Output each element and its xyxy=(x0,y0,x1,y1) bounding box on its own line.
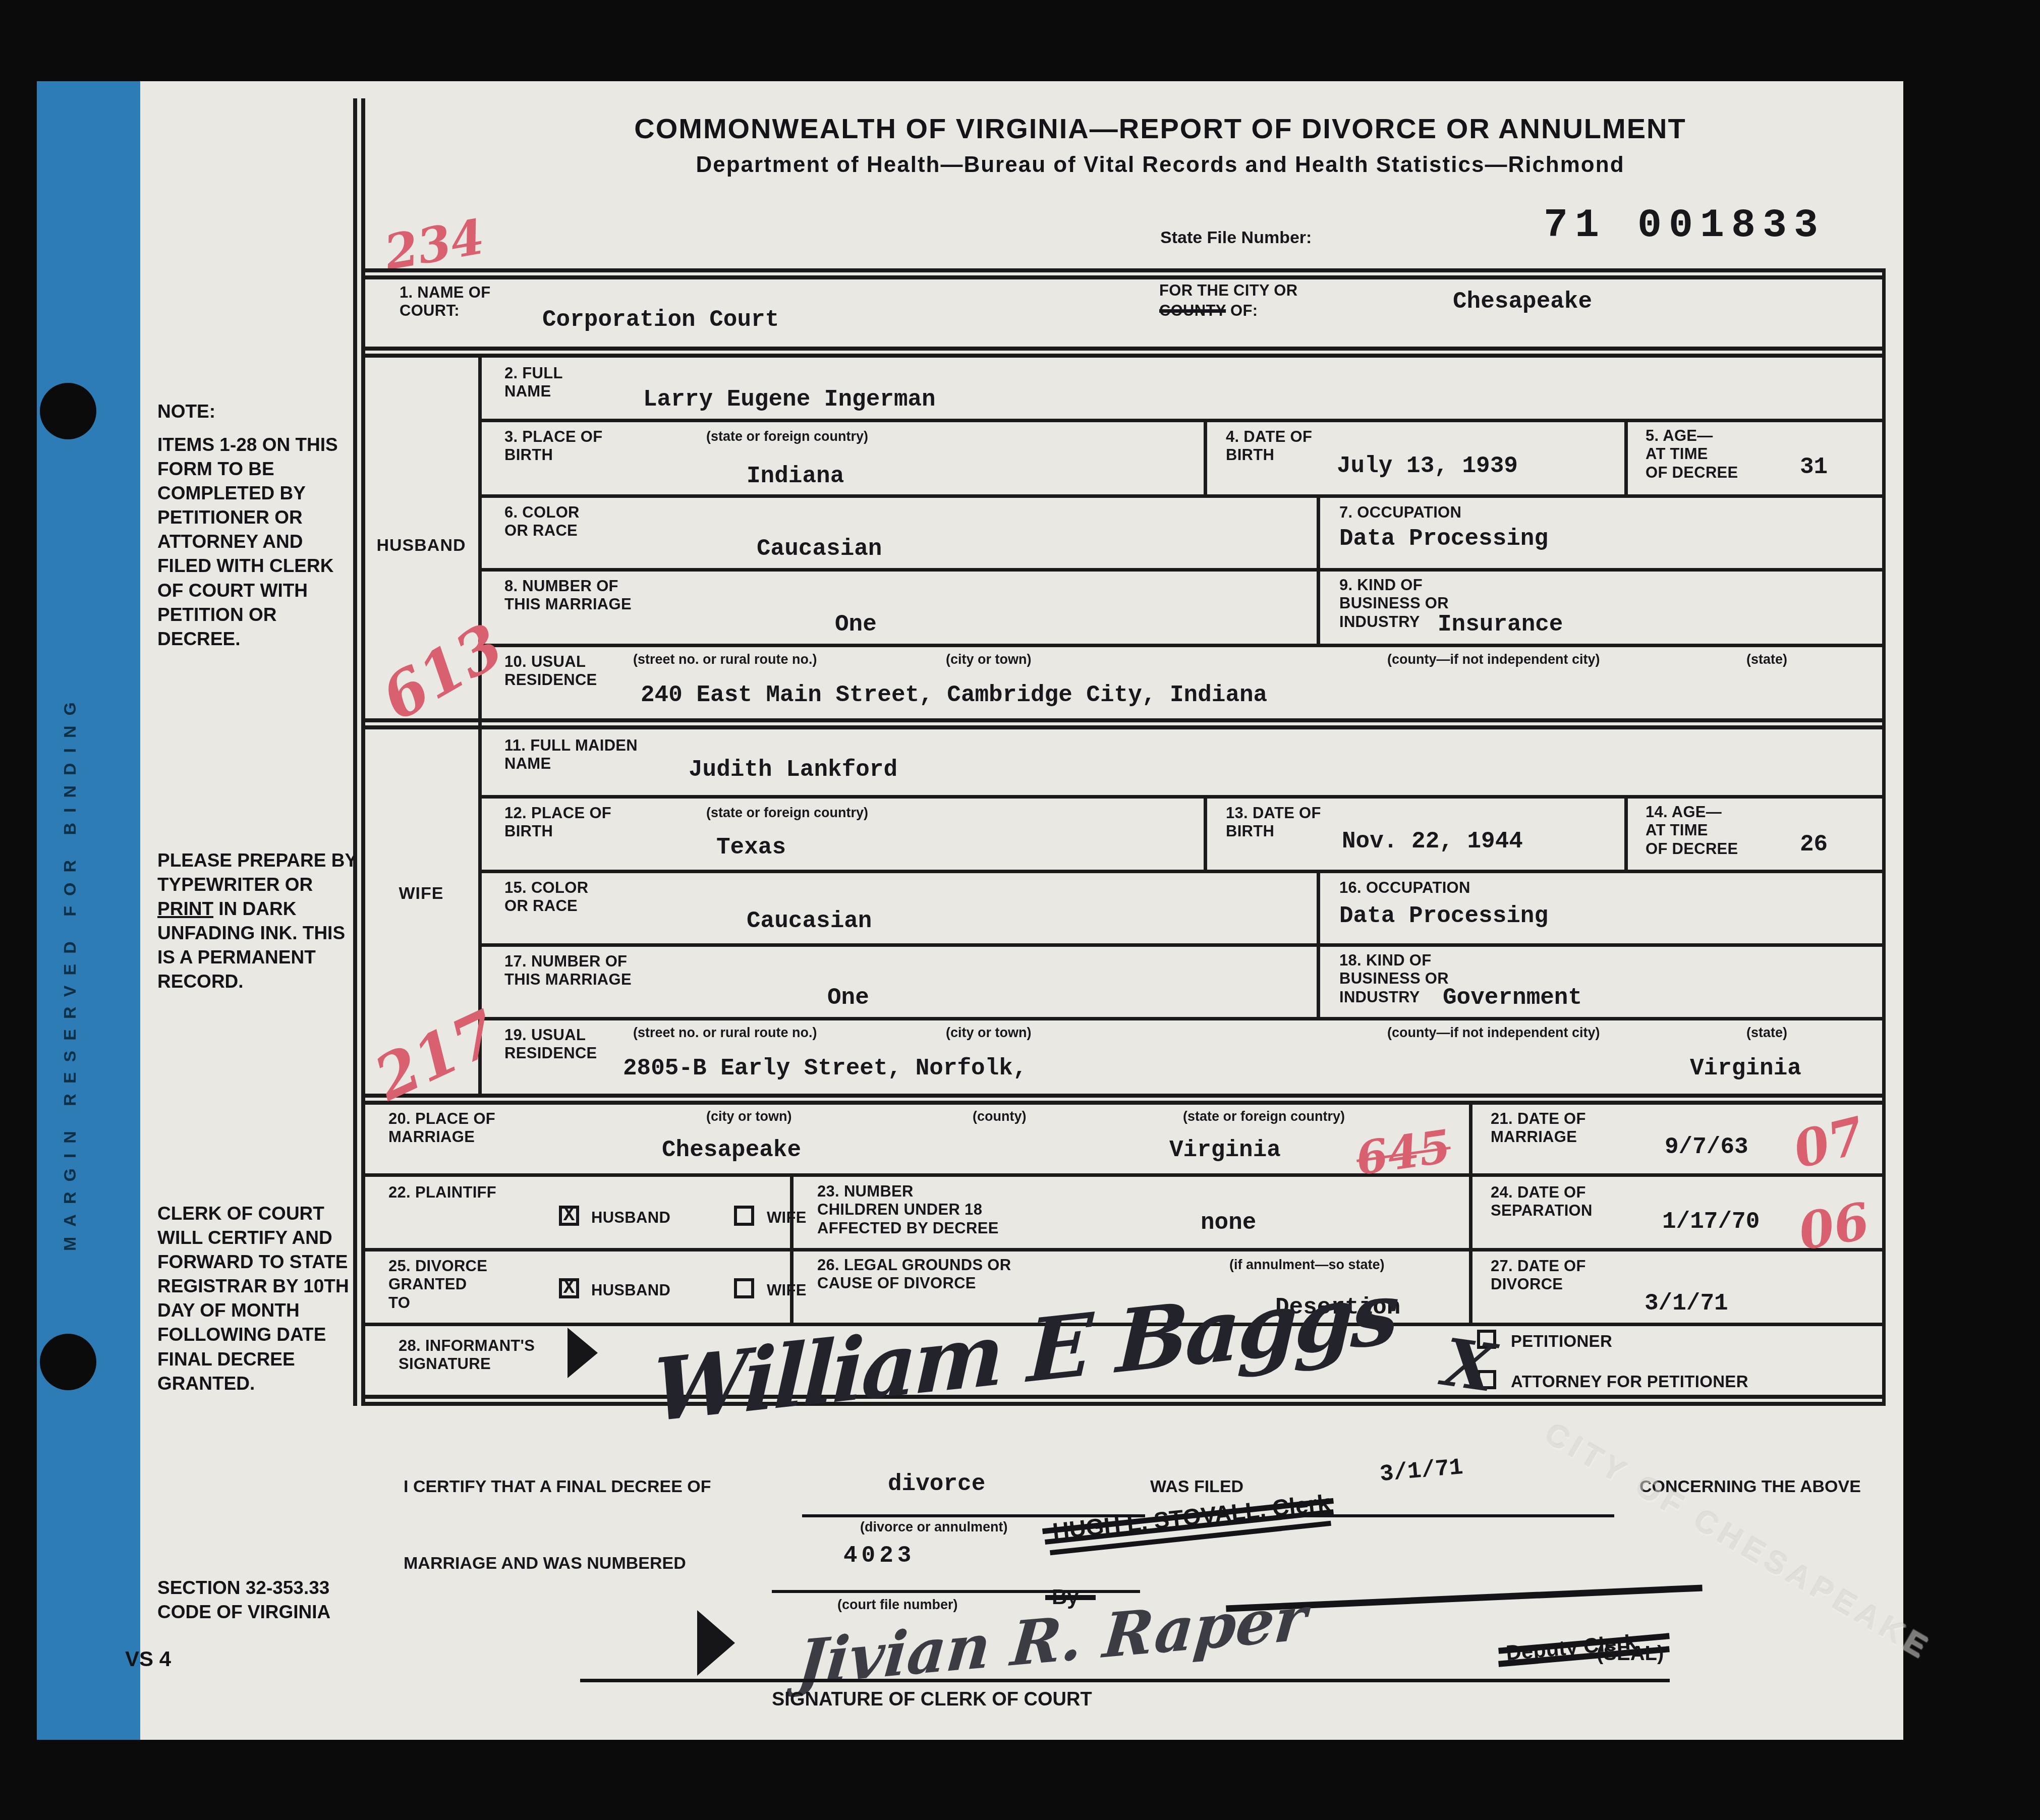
grid-rule xyxy=(478,943,1886,947)
field-10-hint-street: (street no. or rural route no.) xyxy=(633,652,817,667)
binding-margin-text: MARGIN RESERVED FOR BINDING xyxy=(61,575,91,1251)
state-file-number-label: State File Number: xyxy=(1160,228,1312,248)
petitioner-option: PETITIONER xyxy=(1511,1332,1612,1351)
field-25-label: 25. DIVORCE GRANTED TO xyxy=(388,1257,487,1312)
field-20-label: 20. PLACE OF MARRIAGE xyxy=(388,1110,495,1147)
form-title: COMMONWEALTH OF VIRGINIA—REPORT OF DIVOR… xyxy=(454,112,1866,145)
field-8-label: 8. NUMBER OF THIS MARRIAGE xyxy=(504,577,632,614)
field-20-city-value: Chesapeake xyxy=(662,1137,801,1163)
field-13-label: 13. DATE OF BIRTH xyxy=(1226,804,1321,841)
field-3-hint: (state or foreign country) xyxy=(706,429,868,444)
field-21-label: 21. DATE OF MARRIAGE xyxy=(1491,1110,1586,1147)
grid-rule xyxy=(478,419,1886,422)
field-17-value: One xyxy=(827,985,869,1011)
field-16-value: Data Processing xyxy=(1339,903,1548,929)
grid-rule xyxy=(478,494,1886,498)
field-23-label: 23. NUMBER CHILDREN UNDER 18 AFFECTED BY… xyxy=(817,1182,999,1237)
grid-rule xyxy=(364,268,1886,279)
field-1-label: 1. NAME OF COURT: xyxy=(400,283,490,320)
margin-note-2-text: PLEASE PREPARE BY TYPEWRITER OR xyxy=(157,850,357,895)
arrow-right-icon xyxy=(568,1328,598,1378)
grid-rule xyxy=(1317,870,1320,1017)
field-4-label: 4. DATE OF BIRTH xyxy=(1226,428,1312,465)
field-19-hint-city: (city or town) xyxy=(946,1025,1032,1041)
grid-rule xyxy=(364,1395,1886,1406)
grid-rule xyxy=(1882,272,1886,1405)
grid-rule xyxy=(364,1173,1886,1177)
granted-wife-checkbox xyxy=(734,1278,754,1298)
strike-mark xyxy=(1045,1595,1096,1600)
field-17-label: 17. NUMBER OF THIS MARRIAGE xyxy=(504,952,632,989)
field-19-state-value: Virginia xyxy=(1690,1055,1801,1082)
field-6-label: 6. COLOR OR RACE xyxy=(504,503,580,540)
scanned-divorce-report: MARGIN RESERVED FOR BINDING NOTE: ITEMS … xyxy=(0,0,2040,1820)
signature-line xyxy=(580,1679,1670,1682)
of-word: OF: xyxy=(1226,302,1258,319)
field-13-value: Nov. 22, 1944 xyxy=(1342,828,1523,855)
grid-rule xyxy=(364,1248,1886,1252)
margin-note-heading: NOTE: xyxy=(157,400,354,424)
field-10-hint-state: (state) xyxy=(1746,652,1787,667)
punch-hole-icon xyxy=(40,383,96,439)
handwritten-code-06: 06 xyxy=(1794,1191,1874,1262)
grid-rule xyxy=(364,347,1886,358)
field-23-value: none xyxy=(1201,1210,1256,1236)
field-27-value: 3/1/71 xyxy=(1645,1290,1728,1317)
county-word-struck: COUNTY xyxy=(1159,302,1226,319)
field-18-label: 18. KIND OF BUSINESS OR INDUSTRY xyxy=(1339,951,1449,1006)
field-10-hint-county: (county—if not independent city) xyxy=(1387,652,1600,667)
plaintiff-wife-option: WIFE xyxy=(767,1209,807,1227)
field-19-hint-county: (county—if not independent city) xyxy=(1387,1025,1600,1041)
checkbox-x-mark: X xyxy=(563,1205,575,1226)
field-20-hint-state: (state or foreign country) xyxy=(1183,1109,1345,1124)
field-10-label: 10. USUAL RESIDENCE xyxy=(504,653,597,690)
husband-section-label: HUSBAND xyxy=(364,536,478,555)
field-6-value: Caucasian xyxy=(757,536,882,562)
field-24-label: 24. DATE OF SEPARATION xyxy=(1491,1183,1593,1220)
field-20-hint-city: (city or town) xyxy=(706,1109,792,1124)
margin-note-2: PLEASE PREPARE BY TYPEWRITER OR PRINT IN… xyxy=(157,848,359,994)
attorney-option: ATTORNEY FOR PETITIONER xyxy=(1511,1372,1748,1392)
seal-label: (SEAL) xyxy=(1597,1642,1664,1665)
granted-husband-option: HUSBAND xyxy=(591,1281,670,1299)
city-value: Chesapeake xyxy=(1453,289,1592,315)
form-code: VS 4 xyxy=(125,1645,171,1673)
arrow-right-icon xyxy=(697,1610,735,1676)
field-26-label: 26. LEGAL GROUNDS OR CAUSE OF DIVORCE xyxy=(817,1256,1011,1293)
field-9-value: Insurance xyxy=(1438,611,1563,638)
form-subtitle: Department of Health—Bureau of Vital Rec… xyxy=(454,152,1866,178)
field-2-value: Larry Eugene Ingerman xyxy=(643,386,936,413)
field-11-value: Judith Lankford xyxy=(689,757,897,783)
field-15-value: Caucasian xyxy=(747,908,872,934)
grid-rule xyxy=(478,1017,1886,1020)
grid-rule xyxy=(364,1094,1886,1105)
margin-note-3: CLERK OF COURT WILL CERTIFY AND FORWARD … xyxy=(157,1202,354,1396)
handwritten-attorney-x: X xyxy=(1439,1324,1500,1407)
grid-rule xyxy=(790,1173,794,1323)
grid-rule xyxy=(1317,494,1320,644)
grid-rule xyxy=(478,644,1886,647)
fill-in-line xyxy=(772,1590,1140,1593)
field-22-label: 22. PLAINTIFF xyxy=(388,1183,496,1202)
was-filed-label: WAS FILED xyxy=(1150,1477,1243,1497)
certify-line-pre: I CERTIFY THAT A FINAL DECREE OF xyxy=(404,1477,711,1497)
field-27-label: 27. DATE OF DIVORCE xyxy=(1491,1257,1586,1294)
field-14-value: 26 xyxy=(1800,831,1828,858)
margin-note-1: ITEMS 1-28 ON THIS FORM TO BE COMPLETED … xyxy=(157,433,357,651)
field-19-label: 19. USUAL RESIDENCE xyxy=(504,1026,597,1063)
grid-rule xyxy=(478,870,1886,873)
field-18-value: Government xyxy=(1443,985,1582,1011)
field-12-value: Texas xyxy=(716,834,786,861)
grid-rule xyxy=(478,568,1886,572)
grid-rule xyxy=(478,358,482,1094)
field-21-value: 9/7/63 xyxy=(1665,1134,1748,1160)
grid-rule xyxy=(1204,419,1207,494)
grid-rule xyxy=(1624,795,1628,870)
plaintiff-husband-option: HUSBAND xyxy=(591,1209,670,1227)
court-file-number-hint: (court file number) xyxy=(837,1597,958,1613)
field-8-value: One xyxy=(835,611,877,638)
field-3-label: 3. PLACE OF BIRTH xyxy=(504,428,603,465)
plaintiff-wife-checkbox xyxy=(734,1206,754,1226)
field-1-value: Corporation Court xyxy=(542,307,779,333)
county-of-label: COUNTY OF: xyxy=(1159,302,1258,320)
field-10-hint-city: (city or town) xyxy=(946,652,1032,667)
for-city-or-label: FOR THE CITY OR xyxy=(1159,281,1297,300)
field-4-value: July 13, 1939 xyxy=(1337,453,1518,479)
field-14-label: 14. AGE— AT TIME OF DECREE xyxy=(1646,803,1738,858)
field-12-label: 12. PLACE OF BIRTH xyxy=(504,804,611,841)
field-10-value: 240 East Main Street, Cambridge City, In… xyxy=(641,682,1267,708)
field-5-label: 5. AGE— AT TIME OF DECREE xyxy=(1646,427,1738,482)
punch-hole-icon xyxy=(40,1334,96,1390)
margin-note-2-print: PRINT xyxy=(157,898,213,919)
field-19-hint-street: (street no. or rural route no.) xyxy=(633,1025,817,1041)
field-19-value: 2805-B Early Street, Norfolk, xyxy=(623,1055,1027,1082)
field-20-state-value: Virginia xyxy=(1169,1137,1281,1163)
grid-left-double-rule xyxy=(353,98,365,1406)
field-3-value: Indiana xyxy=(747,463,844,489)
granted-wife-option: WIFE xyxy=(767,1281,807,1299)
field-12-hint: (state or foreign country) xyxy=(706,805,868,821)
field-15-label: 15. COLOR OR RACE xyxy=(504,879,588,916)
field-16-label: 16. OCCUPATION xyxy=(1339,879,1470,897)
checkbox-x-mark: X xyxy=(563,1277,575,1299)
field-19-hint-state: (state) xyxy=(1746,1025,1787,1041)
clerk-signature-caption: SIGNATURE OF CLERK OF COURT xyxy=(772,1689,1092,1711)
decree-hint: (divorce or annulment) xyxy=(860,1519,1008,1535)
grid-rule xyxy=(1469,1105,1472,1323)
wife-section-label: WIFE xyxy=(364,884,478,903)
field-7-value: Data Processing xyxy=(1339,526,1548,552)
grid-rule xyxy=(478,795,1886,799)
field-20-hint-county: (county) xyxy=(973,1109,1026,1124)
grid-rule xyxy=(1624,419,1628,494)
field-7-label: 7. OCCUPATION xyxy=(1339,503,1461,522)
plaintiff-husband-checkbox: X xyxy=(559,1206,579,1226)
field-9-label: 9. KIND OF BUSINESS OR INDUSTRY xyxy=(1339,576,1449,631)
grid-rule xyxy=(364,718,1886,729)
field-24-value: 1/17/70 xyxy=(1662,1209,1760,1235)
granted-husband-checkbox: X xyxy=(559,1278,579,1298)
numbered-line-pre: MARRIAGE AND WAS NUMBERED xyxy=(404,1554,686,1573)
state-file-number-value: 71 001833 xyxy=(1544,203,1825,249)
field-11-label: 11. FULL MAIDEN NAME xyxy=(504,736,638,773)
field-5-value: 31 xyxy=(1800,454,1828,480)
field-2-label: 2. FULL NAME xyxy=(504,364,563,401)
decree-type-value: divorce xyxy=(888,1471,985,1497)
field-28-label: 28. INFORMANT'S SIGNATURE xyxy=(399,1337,535,1374)
court-file-number-value: 4023 xyxy=(843,1543,915,1569)
code-reference: SECTION 32-353.33 CODE OF VIRGINIA xyxy=(157,1576,369,1624)
grid-rule xyxy=(1204,795,1207,870)
